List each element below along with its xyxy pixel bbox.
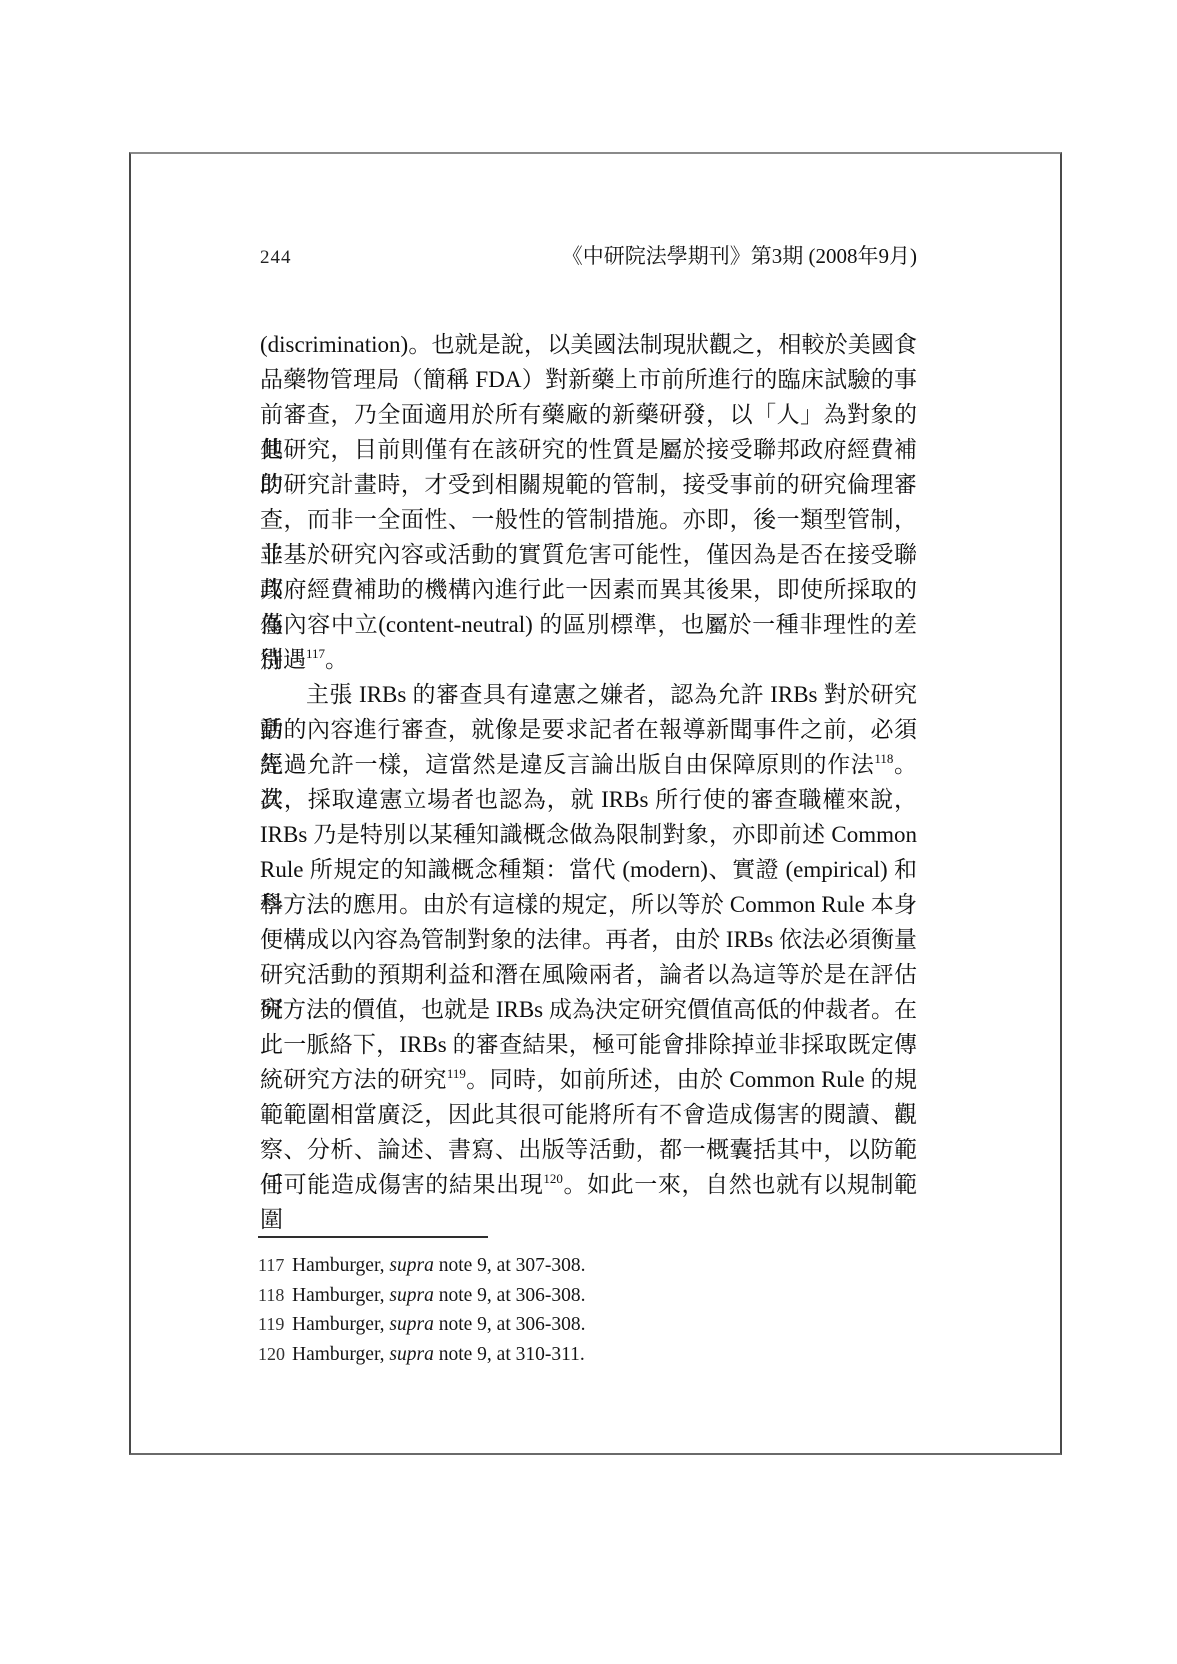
body-line: 此一脈絡下，IRBs 的審查結果，極可能會排除掉並非採取既定傳 bbox=[260, 1027, 917, 1062]
body-line: 學方法的應用。由於有這樣的規定，所以等於 Common Rule 本身 bbox=[260, 887, 917, 922]
body-line: 經過允許一樣，這當然是違反言論出版自由保障原則的作法118。其 bbox=[260, 747, 917, 782]
body-line: 非基於研究內容或活動的實質危害可能性，僅因為是否在接受聯邦 bbox=[260, 537, 917, 572]
footnote-ref: 120 bbox=[543, 1171, 563, 1186]
body-line: 何可能造成傷害的結果出現120。如此一來，自然也就有以規制範圍 bbox=[260, 1167, 917, 1202]
body-line: 品藥物管理局（簡稱 FDA）對新藥上市前所進行的臨床試驗的事 bbox=[260, 362, 917, 397]
footnote-item: 120Hamburger, supra note 9, at 310-311. bbox=[258, 1340, 930, 1370]
body-line: 政府經費補助的機構內進行此一因素而異其後果，即使所採取的僅 bbox=[260, 572, 917, 607]
body-line: 便構成以內容為管制對象的法律。再者，由於 IRBs 依法必須衡量 bbox=[260, 922, 917, 957]
scanned-journal-page: 244 《中研院法學期刊》第3期 (2008年9月) (discriminati… bbox=[0, 0, 1177, 1664]
footnote-number: 117 bbox=[258, 1251, 292, 1281]
page-number: 244 bbox=[260, 247, 292, 269]
footnote-ref: 119 bbox=[447, 1066, 466, 1081]
footnote-ref: 117 bbox=[306, 646, 325, 661]
body-line: 察、分析、論述、書寫、出版等活動，都一概囊括其中，以防範任 bbox=[260, 1132, 917, 1167]
body-line: 研究活動的預期利益和潛在風險兩者，論者以為這等於是在評估研 bbox=[260, 957, 917, 992]
body-line: (discrimination)。也就是說，以美國法制現狀觀之，相較於美國食 bbox=[260, 327, 917, 362]
footnote-number: 119 bbox=[258, 1310, 292, 1340]
footnotes: 117Hamburger, supra note 9, at 307-308.1… bbox=[258, 1251, 930, 1369]
footnote-text: Hamburger, supra note 9, at 310-311. bbox=[292, 1344, 585, 1365]
footnote-ref: 118 bbox=[874, 751, 893, 766]
body-line: 前審查，乃全面適用於所有藥廠的新藥研發，以「人」為對象的其 bbox=[260, 397, 917, 432]
footnote-text: Hamburger, supra note 9, at 306-308. bbox=[292, 1285, 586, 1306]
body-line: IRBs 乃是特別以某種知識概念做為限制對象，亦即前述 Common bbox=[260, 817, 917, 852]
footnote-item: 117Hamburger, supra note 9, at 307-308. bbox=[258, 1251, 930, 1281]
footnote-item: 118Hamburger, supra note 9, at 306-308. bbox=[258, 1281, 930, 1311]
footnote-text: Hamburger, supra note 9, at 306-308. bbox=[292, 1314, 586, 1335]
footnote-text: Hamburger, supra note 9, at 307-308. bbox=[292, 1255, 586, 1276]
body-text: (discrimination)。也就是說，以美國法制現狀觀之，相較於美國食品藥… bbox=[260, 327, 917, 1202]
body-line: 主張 IRBs 的審查具有違憲之嫌者，認為允許 IRBs 對於研究活 bbox=[260, 677, 917, 712]
body-line: Rule 所規定的知識概念種類：當代 (modern)、實證 (empirica… bbox=[260, 852, 917, 887]
footnote-separator bbox=[258, 1236, 488, 1238]
footnote-number: 118 bbox=[258, 1281, 292, 1311]
body-line: 次，採取違憲立場者也認為，就 IRBs 所行使的審查職權來說， bbox=[260, 782, 917, 817]
page-header: 244 《中研院法學期刊》第3期 (2008年9月) bbox=[260, 240, 917, 270]
footnote-number: 120 bbox=[258, 1340, 292, 1370]
body-line: 究方法的價值，也就是 IRBs 成為決定研究價值高低的仲裁者。在 bbox=[260, 992, 917, 1027]
body-line: 待遇117。 bbox=[260, 642, 917, 677]
body-line: 查，而非一全面性、一般性的管制措施。亦即，後一類型管制，並 bbox=[260, 502, 917, 537]
footnote-item: 119Hamburger, supra note 9, at 306-308. bbox=[258, 1310, 930, 1340]
body-line: 統研究方法的研究119。同時，如前所述，由於 Common Rule 的規 bbox=[260, 1062, 917, 1097]
body-line: 他研究，目前則僅有在該研究的性質是屬於接受聯邦政府經費補助 bbox=[260, 432, 917, 467]
body-line: 動的內容進行審查，就像是要求記者在報導新聞事件之前，必須先 bbox=[260, 712, 917, 747]
body-line: 的研究計畫時，才受到相關規範的管制，接受事前的研究倫理審 bbox=[260, 467, 917, 502]
body-line: 範範圍相當廣泛，因此其很可能將所有不會造成傷害的閱讀、觀 bbox=[260, 1097, 917, 1132]
body-line: 為內容中立(content-neutral) 的區別標準，也屬於一種非理性的差別 bbox=[260, 607, 917, 642]
journal-title: 《中研院法學期刊》第3期 (2008年9月) bbox=[562, 240, 917, 270]
